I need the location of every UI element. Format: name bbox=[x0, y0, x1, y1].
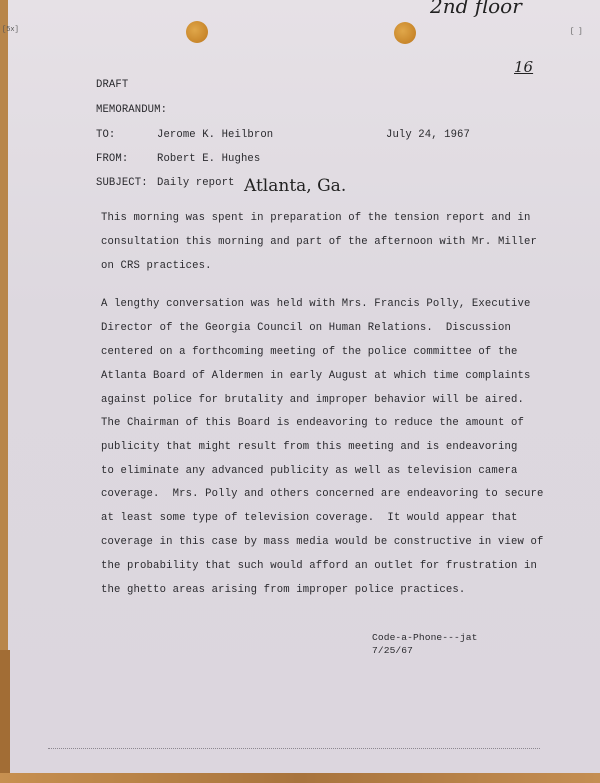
desk-edge-left bbox=[0, 650, 10, 783]
handwritten-page-number: 16 bbox=[514, 58, 533, 76]
body-line: consultation this morning and part of th… bbox=[101, 236, 537, 248]
punch-hole-left bbox=[186, 21, 208, 43]
transcription-credit: Code-a-Phone---jat bbox=[372, 632, 477, 643]
from-value: Robert E. Hughes bbox=[157, 153, 260, 165]
body-line: the ghetto areas arising from improper p… bbox=[101, 584, 465, 596]
from-label: FROM: bbox=[96, 153, 128, 165]
body-line: The Chairman of this Board is endeavorin… bbox=[101, 417, 524, 429]
handwritten-floor-note: 2nd floor bbox=[430, 0, 522, 18]
body-line: Atlanta Board of Aldermen in early Augus… bbox=[101, 370, 530, 382]
body-line: Director of the Georgia Council on Human… bbox=[101, 322, 511, 334]
memorandum-label: MEMORANDUM: bbox=[96, 104, 167, 116]
body-line: publicity that might result from this me… bbox=[101, 441, 517, 453]
archive-stamp-left: [5x] bbox=[2, 26, 19, 34]
body-line: against police for brutality and imprope… bbox=[101, 394, 524, 406]
body-line: coverage. Mrs. Polly and others concerne… bbox=[101, 488, 544, 500]
desk-edge-bottom bbox=[0, 773, 600, 783]
to-label: TO: bbox=[96, 129, 115, 141]
body-line: the probability that such would afford a… bbox=[101, 560, 537, 572]
body-line: This morning was spent in preparation of… bbox=[101, 212, 530, 224]
body-line: at least some type of television coverag… bbox=[101, 512, 517, 524]
draft-label: DRAFT bbox=[96, 79, 128, 91]
to-value: Jerome K. Heilbron bbox=[157, 129, 273, 141]
body-line: A lengthy conversation was held with Mrs… bbox=[101, 298, 530, 310]
faint-bottom-rule bbox=[48, 748, 540, 749]
memo-page: [5x] [ ] 2nd floor 16 DRAFT MEMORANDUM: … bbox=[8, 0, 600, 776]
subject-value: Daily report bbox=[157, 177, 235, 189]
body-line: centered on a forthcoming meeting of the… bbox=[101, 346, 517, 358]
handwritten-location: Atlanta, Ga. bbox=[244, 176, 346, 196]
subject-label: SUBJECT: bbox=[96, 177, 148, 189]
punch-hole-right bbox=[394, 22, 416, 44]
body-line: on CRS practices. bbox=[101, 260, 212, 272]
memo-date: July 24, 1967 bbox=[386, 129, 470, 141]
body-line: coverage in this case by mass media woul… bbox=[101, 536, 544, 548]
archive-stamp-right: [ ] bbox=[570, 28, 583, 36]
body-line: to eliminate any advanced publicity as w… bbox=[101, 465, 517, 477]
transcription-date: 7/25/67 bbox=[372, 645, 413, 656]
